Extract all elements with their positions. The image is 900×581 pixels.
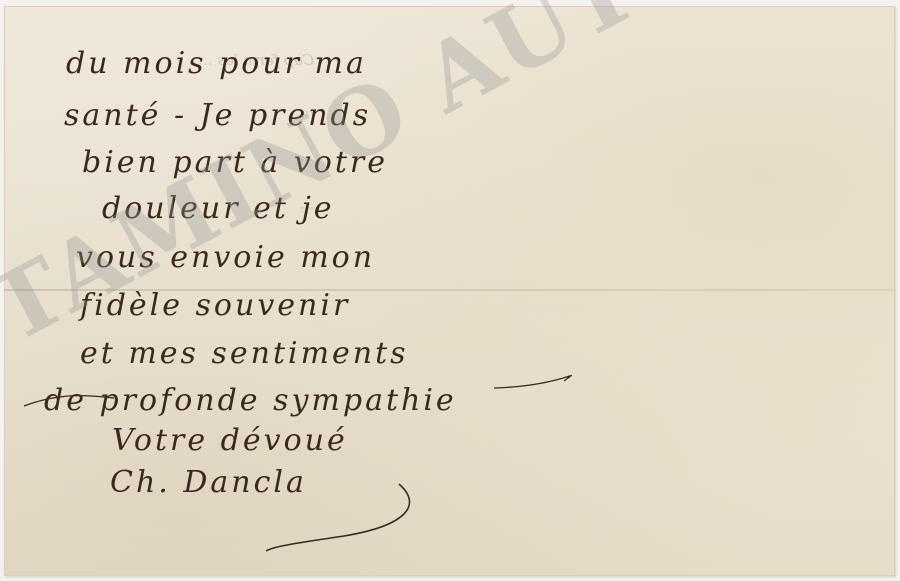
- signature-flourish: [4, 6, 895, 576]
- letter-paper: Cap ferm les ... ... ... ... du mois pou…: [4, 6, 895, 576]
